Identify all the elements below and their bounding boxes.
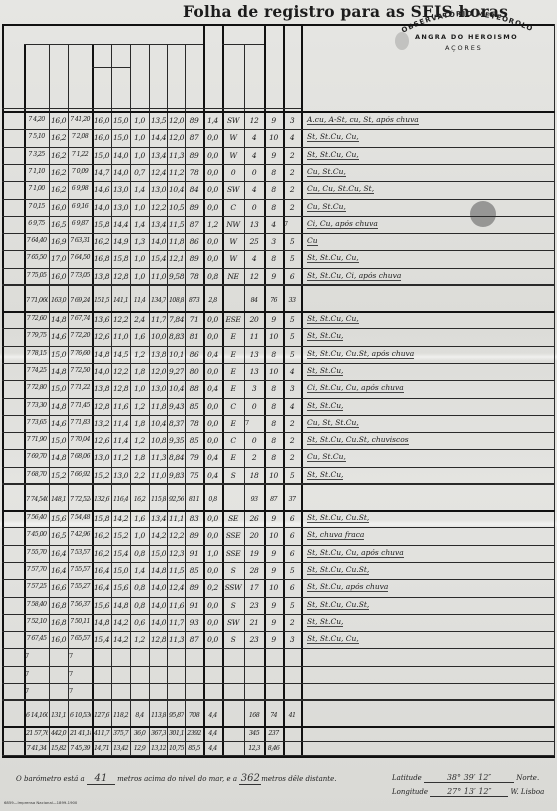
remark-text: Cu, St.Cu, bbox=[307, 202, 346, 212]
table-cell: 91 bbox=[186, 549, 202, 558]
rule-line bbox=[2, 631, 555, 632]
rule-line bbox=[2, 129, 555, 130]
cell-value: 127,6 bbox=[93, 712, 110, 719]
table-cell: 21 41,180 bbox=[69, 730, 91, 737]
cell-value: 41 bbox=[288, 712, 297, 719]
table-cell: 108,8 bbox=[168, 297, 184, 304]
cell-value: 8 bbox=[270, 436, 276, 445]
table-cell: 15,0 bbox=[112, 133, 129, 142]
table-cell: 7 bbox=[69, 670, 91, 678]
rule-line bbox=[2, 726, 555, 728]
cell-value: 19 bbox=[249, 549, 260, 558]
table-cell: 367,3 bbox=[150, 730, 166, 737]
cell-value: 5 bbox=[289, 566, 295, 575]
cell-value: 14,8 bbox=[50, 367, 67, 376]
barometer-altitude: 41 bbox=[87, 773, 115, 785]
cell-value: 367,3 bbox=[150, 730, 166, 737]
cell-value: E bbox=[229, 332, 236, 341]
table-cell: 0,0 bbox=[204, 635, 221, 644]
cell-value: 7 4,20 bbox=[27, 116, 45, 123]
table-cell: SW bbox=[223, 185, 243, 194]
rule-line bbox=[2, 284, 555, 285]
column-rule bbox=[301, 24, 303, 756]
cell-value: 86 bbox=[189, 237, 200, 246]
cell-value: 85 bbox=[189, 402, 200, 411]
table-cell: 14,0 bbox=[150, 237, 166, 246]
cell-value: 10,0 bbox=[150, 332, 166, 341]
table-cell: 14,2 bbox=[150, 531, 166, 540]
remark-text: St, St.Cu, bbox=[307, 366, 343, 376]
table-cell: 7 55,57 bbox=[69, 566, 91, 573]
cell-value: 6 10,536 bbox=[69, 712, 91, 719]
table-cell: 9 bbox=[265, 566, 282, 575]
remark-text: St, St.Cu, Cu.St, chuviscos bbox=[307, 435, 409, 445]
cell-value: 14,8 bbox=[50, 453, 67, 462]
cell-value: S bbox=[230, 471, 237, 480]
remark-text: St, St.Cu, Cu.St, bbox=[307, 513, 369, 523]
cell-value: 7 55,70 bbox=[26, 549, 48, 556]
table-cell: 8 bbox=[265, 402, 282, 411]
cell-value: E bbox=[229, 384, 236, 393]
cell-value: 0,0 bbox=[206, 185, 219, 194]
table-cell: 0,0 bbox=[204, 168, 221, 177]
column-rule bbox=[2, 24, 4, 756]
cell-value: 13,5 bbox=[150, 116, 166, 125]
table-cell: 7 1,10 bbox=[25, 168, 48, 175]
table-cell: 1,2 bbox=[131, 350, 148, 359]
table-cell: 7 bbox=[284, 220, 300, 228]
cell-value: 6 9,87 bbox=[71, 220, 89, 227]
table-cell: 0 bbox=[245, 402, 263, 411]
barometer-text-3: metros dêle distante. bbox=[261, 775, 336, 783]
sky-remark: Cu, St.Cu, bbox=[307, 202, 346, 211]
table-cell: 7 65,57 bbox=[69, 635, 91, 642]
remark-text: Cu, Cu, St.Cu, St, bbox=[307, 184, 374, 194]
table-cell: 10 bbox=[265, 332, 282, 341]
rule-line bbox=[2, 467, 555, 468]
cell-value: 0 bbox=[230, 168, 236, 177]
table-cell: 1,6 bbox=[131, 514, 148, 523]
cell-value: 11,24 bbox=[168, 168, 184, 177]
cell-value: 3 bbox=[251, 384, 257, 393]
table-cell: 16,2 bbox=[93, 549, 110, 558]
cell-value: 37 bbox=[288, 496, 297, 503]
cell-value: 16,0 bbox=[50, 203, 67, 212]
cell-value: 14,0 bbox=[150, 618, 166, 627]
table-cell: 2 bbox=[284, 618, 300, 627]
rule-line bbox=[2, 527, 555, 528]
cell-value: 20 bbox=[249, 531, 260, 540]
table-cell: 0,4 bbox=[204, 471, 221, 480]
cell-value: 10 bbox=[268, 583, 279, 592]
cell-value: 15,0 bbox=[112, 116, 129, 125]
table-cell: 6 9,87 bbox=[69, 220, 91, 227]
cell-value: 2 bbox=[289, 436, 295, 445]
table-cell: 11,4 bbox=[131, 297, 148, 304]
cell-value: 12,2 bbox=[150, 203, 166, 212]
cell-value: 11,34 bbox=[168, 635, 184, 644]
cell-value: 9,83 bbox=[168, 471, 184, 480]
cell-value: 1,0 bbox=[133, 531, 146, 540]
table-cell: 7 2,08 bbox=[69, 133, 91, 140]
table-cell: 16,2 bbox=[50, 168, 67, 177]
table-cell: 13,0 bbox=[112, 203, 129, 212]
cell-value: 442,0 bbox=[50, 730, 67, 737]
table-cell: 8 bbox=[265, 453, 282, 462]
cell-value: 16,5 bbox=[50, 220, 67, 229]
table-cell: 1,2 bbox=[131, 402, 148, 411]
table-cell: 0,0 bbox=[204, 237, 221, 246]
latitude-suffix: Norte. bbox=[516, 774, 539, 782]
cell-value: 8 bbox=[270, 254, 276, 263]
cell-value: 17,0 bbox=[50, 254, 67, 263]
cell-value: 5 bbox=[289, 350, 295, 359]
table-cell: 7 55,70 bbox=[25, 549, 48, 556]
cell-value: 7 75,05 bbox=[26, 272, 48, 279]
table-cell: 4 bbox=[265, 220, 282, 229]
cell-value: 10 bbox=[268, 531, 279, 540]
remark-text: St, St.Cu, Cu.St, bbox=[307, 600, 369, 610]
table-cell: 3 bbox=[284, 116, 300, 125]
longitude-suffix: W. Lisboa bbox=[511, 788, 545, 796]
table-cell: 89 bbox=[186, 531, 202, 540]
remark-text: St, chuva fraca bbox=[307, 530, 364, 540]
table-cell: 163,0 bbox=[50, 297, 67, 304]
table-cell: 16,0 bbox=[93, 116, 110, 125]
table-cell: 10,4 bbox=[150, 419, 166, 428]
cell-value: 0,4 bbox=[206, 471, 219, 480]
table-cell: 6 bbox=[284, 531, 300, 540]
cell-value: 8 bbox=[270, 402, 276, 411]
cell-value: 16,8 bbox=[93, 254, 110, 263]
table-cell: 1,2 bbox=[131, 635, 148, 644]
table-cell: 4 bbox=[245, 151, 263, 160]
table-cell: 7 76,60 bbox=[69, 350, 91, 357]
table-cell: 28 bbox=[245, 566, 263, 575]
cell-value: 7 bbox=[69, 652, 73, 660]
table-cell: 16,2 bbox=[131, 496, 148, 503]
cell-value: 345 bbox=[248, 730, 260, 737]
table-cell: 2 bbox=[284, 185, 300, 194]
cell-value: 8 bbox=[270, 185, 276, 194]
cell-value: 11,63 bbox=[168, 601, 184, 610]
table-cell: 1,0 bbox=[131, 203, 148, 212]
cell-value: 8 bbox=[270, 350, 276, 359]
cell-value: 6 9,16 bbox=[71, 203, 89, 210]
cell-value: 4,4 bbox=[207, 712, 217, 719]
cell-value: C bbox=[229, 436, 236, 445]
cell-value: 12,13 bbox=[168, 254, 184, 263]
table-cell: 41 bbox=[284, 712, 300, 719]
table-cell: 15,4 bbox=[93, 635, 110, 644]
cell-value: 89 bbox=[189, 151, 200, 160]
table-cell: 15,6 bbox=[112, 583, 129, 592]
cell-value: 237 bbox=[267, 730, 279, 737]
latitude-label: Latitude bbox=[392, 774, 422, 782]
cell-value: 7 1,10 bbox=[27, 168, 45, 175]
cell-value: 15,8 bbox=[93, 220, 110, 229]
cell-value: 7 42,96 bbox=[69, 531, 91, 538]
cell-value: 15,2 bbox=[112, 531, 129, 540]
table-cell: 7 bbox=[25, 687, 48, 695]
table-cell: 9 bbox=[265, 514, 282, 523]
cell-value: 10,4 bbox=[150, 419, 166, 428]
cell-value: 0,4 bbox=[206, 453, 219, 462]
table-cell: 10,41 bbox=[168, 384, 184, 393]
table-cell: 116,4 bbox=[112, 496, 129, 503]
rule-line bbox=[2, 415, 555, 416]
table-cell: 7 58,40 bbox=[25, 601, 48, 608]
cell-value: 811 bbox=[188, 496, 200, 503]
cell-value: 10 bbox=[268, 332, 279, 341]
table-cell: SSW bbox=[223, 583, 243, 592]
table-cell: 8 bbox=[265, 350, 282, 359]
table-cell: 131,1 bbox=[50, 712, 67, 719]
table-cell: 115,8 bbox=[150, 496, 166, 503]
cell-value: 7 bbox=[25, 670, 29, 678]
table-cell: 85 bbox=[186, 402, 202, 411]
table-cell: 7 68,06 bbox=[69, 453, 91, 460]
cell-value: 13,4 bbox=[150, 151, 166, 160]
table-cell: E bbox=[223, 332, 243, 341]
table-cell: 148,1 bbox=[50, 496, 67, 503]
table-cell: 21 57,760 bbox=[25, 730, 48, 737]
rule-line bbox=[2, 449, 555, 450]
sky-remark: St, St.Cu, Cu, bbox=[307, 132, 359, 141]
table-cell: C bbox=[223, 436, 243, 445]
remark-text: St, St.Cu, bbox=[307, 401, 343, 411]
table-cell: 13 bbox=[245, 367, 263, 376]
sky-remark: St, St.Cu, bbox=[307, 366, 343, 375]
table-cell: 0,0 bbox=[204, 315, 221, 324]
table-cell: 7 71,90 bbox=[25, 436, 48, 443]
table-cell: 12,8 bbox=[150, 635, 166, 644]
table-cell: 26 bbox=[245, 514, 263, 523]
cell-value: 168 bbox=[248, 712, 260, 719]
table-cell: 7 72,20 bbox=[69, 332, 91, 339]
table-cell: 9,83 bbox=[168, 471, 184, 480]
cell-value: 9 bbox=[270, 514, 276, 523]
table-cell: 93 bbox=[186, 618, 202, 627]
table-cell: 6 bbox=[284, 514, 300, 523]
cell-value: 21 41,180 bbox=[69, 730, 91, 737]
table-cell: 23 bbox=[245, 635, 263, 644]
cell-value: 14,4 bbox=[150, 133, 166, 142]
cell-value: 12,2 bbox=[112, 315, 129, 324]
table-cell: 83 bbox=[186, 514, 202, 523]
cell-value: E bbox=[229, 453, 236, 462]
cell-value: 16,8 bbox=[50, 618, 67, 627]
cell-value: 10,15 bbox=[168, 350, 184, 359]
cell-value: 14,0 bbox=[150, 237, 166, 246]
table-cell: 7 45,00 bbox=[25, 531, 48, 538]
sky-remark: St, St.Cu, Cu.St, bbox=[307, 513, 369, 522]
rule-line bbox=[222, 44, 264, 45]
table-cell: 10 bbox=[265, 133, 282, 142]
cell-value: 7 64,50 bbox=[69, 254, 91, 261]
table-cell: 11 bbox=[245, 332, 263, 341]
table-cell: 0,0 bbox=[204, 332, 221, 341]
cell-value: 87 bbox=[189, 220, 200, 229]
cell-value: 15,0 bbox=[93, 151, 110, 160]
table-cell: 0,0 bbox=[204, 419, 221, 428]
rule-line bbox=[2, 755, 555, 756]
cell-value: 92,56 bbox=[168, 496, 184, 503]
cell-value: 7 73,05 bbox=[69, 272, 91, 279]
table-cell: 442,0 bbox=[50, 730, 67, 737]
table-cell: 6 bbox=[284, 583, 300, 592]
table-cell: ESE bbox=[223, 315, 243, 324]
cell-value: 91 bbox=[189, 601, 200, 610]
barometer-text-2: metros acima do nivel do mar, e a bbox=[117, 775, 237, 783]
cell-value: 15,8 bbox=[112, 254, 129, 263]
cell-value: 12,2 bbox=[112, 367, 129, 376]
table-cell: 10 bbox=[265, 367, 282, 376]
cell-value: 0 bbox=[251, 168, 257, 177]
sky-remark: Ci, Cu, após chuva bbox=[307, 219, 378, 228]
cell-value: 2,4 bbox=[133, 315, 146, 324]
cell-value: 13 bbox=[249, 220, 260, 229]
cell-value: 16,4 bbox=[93, 583, 110, 592]
cell-value: 6 bbox=[289, 514, 295, 523]
table-cell: 15,8 bbox=[93, 220, 110, 229]
cell-value: 1,0 bbox=[133, 116, 146, 125]
cell-value: 91 bbox=[189, 549, 200, 558]
table-cell: 0,0 bbox=[204, 402, 221, 411]
table-cell: 14,71 bbox=[93, 745, 110, 752]
table-cell: 12,3 bbox=[245, 745, 263, 752]
cell-value: 74 bbox=[269, 712, 278, 719]
table-cell: 78 bbox=[186, 168, 202, 177]
rule-line bbox=[2, 108, 301, 109]
table-cell: 10 bbox=[265, 531, 282, 540]
cell-value: 12,8 bbox=[150, 635, 166, 644]
cell-value: 7 79,75 bbox=[26, 332, 48, 339]
cell-value: 7 69,70 bbox=[26, 453, 48, 460]
cell-value: 9,27 bbox=[168, 367, 184, 376]
remark-text: St, St.Cu, Cu, bbox=[307, 150, 359, 160]
table-cell: 5 bbox=[284, 350, 300, 359]
table-cell: 6 bbox=[284, 549, 300, 558]
cell-value: 0,6 bbox=[133, 618, 146, 627]
table-cell: 0,0 bbox=[204, 601, 221, 610]
remark-text: St, St.Cu, bbox=[307, 617, 343, 627]
mes-value bbox=[12, 48, 22, 96]
table-cell: 16,9 bbox=[50, 237, 67, 246]
table-cell: 7 45,39 bbox=[69, 745, 91, 752]
table-cell: 7 73,30 bbox=[25, 402, 48, 409]
cell-value: 15,8 bbox=[93, 514, 110, 523]
register-sheet: Folha de registro para as SEIS horas OBS… bbox=[0, 0, 557, 811]
table-cell: 11,4 bbox=[112, 436, 129, 445]
cell-value: 87 bbox=[269, 496, 278, 503]
cell-value: 78 bbox=[189, 168, 200, 177]
cell-value: 16,2 bbox=[93, 531, 110, 540]
table-cell: 75 bbox=[186, 471, 202, 480]
table-cell: 0,8 bbox=[131, 583, 148, 592]
table-cell: 0,4 bbox=[204, 350, 221, 359]
table-cell: SE bbox=[223, 514, 243, 523]
table-cell: 0,8 bbox=[131, 601, 148, 610]
cell-value: 0,8 bbox=[206, 272, 219, 281]
cell-value: 7 41,34 bbox=[26, 745, 48, 752]
cell-value: 0,4 bbox=[206, 384, 219, 393]
table-cell: 1,8 bbox=[131, 367, 148, 376]
cell-value: 33 bbox=[288, 297, 297, 304]
cell-value: 7 0,15 bbox=[27, 203, 45, 210]
rule-line bbox=[2, 545, 555, 546]
table-cell: 14,0 bbox=[93, 203, 110, 212]
table-cell: 7 72,80 bbox=[25, 384, 48, 391]
cell-value: 4 bbox=[270, 220, 276, 229]
cell-value: 7 57,25 bbox=[26, 583, 48, 590]
table-cell: 14,8 bbox=[50, 315, 67, 324]
cell-value: 8,84 bbox=[168, 453, 184, 462]
table-cell: 12,8 bbox=[112, 272, 129, 281]
table-cell: 9,35 bbox=[168, 436, 184, 445]
table-cell: 15,6 bbox=[50, 514, 67, 523]
cell-value: 141,1 bbox=[112, 297, 129, 304]
cell-value: 9 bbox=[270, 635, 276, 644]
table-cell: SW bbox=[223, 116, 243, 125]
table-cell: 1,4 bbox=[131, 566, 148, 575]
table-cell: 16,4 bbox=[93, 583, 110, 592]
cell-value: W bbox=[228, 151, 237, 160]
cell-value: 7 68,06 bbox=[69, 453, 91, 460]
cell-value: 71 bbox=[189, 315, 200, 324]
cell-value: 708 bbox=[188, 712, 200, 719]
table-cell: 141,1 bbox=[112, 297, 129, 304]
table-cell: 16,0 bbox=[50, 203, 67, 212]
table-cell: 15,8 bbox=[93, 514, 110, 523]
cell-value: 411,7 bbox=[93, 730, 110, 737]
table-cell: 2 bbox=[284, 168, 300, 177]
cell-value: 0,0 bbox=[206, 531, 219, 540]
remark-text: Cu, St, St.Cu, bbox=[307, 418, 359, 428]
cell-value: 7 66,92 bbox=[69, 471, 91, 478]
cell-value: 12,9 bbox=[133, 745, 147, 752]
table-cell: 6 9,75 bbox=[25, 220, 48, 227]
table-cell: 12 bbox=[245, 116, 263, 125]
table-cell: 0,8 bbox=[204, 272, 221, 281]
table-cell: 6 14,160 bbox=[25, 712, 48, 719]
table-cell: 11,8 bbox=[150, 402, 166, 411]
table-cell: 1,4 bbox=[131, 185, 148, 194]
table-cell: 15,8 bbox=[112, 254, 129, 263]
cell-value: 4 bbox=[251, 133, 257, 142]
cell-value: 7 71,45 bbox=[69, 402, 91, 409]
cell-value: 7 57,70 bbox=[26, 566, 48, 573]
table-cell: 7 53,57 bbox=[69, 549, 91, 556]
sky-remark: Cu bbox=[307, 236, 318, 245]
cell-value: 0,2 bbox=[206, 583, 219, 592]
rule-line bbox=[2, 597, 555, 598]
table-cell: 89 bbox=[186, 151, 202, 160]
remark-text: Ci, St.Cu, Cu, após chuva bbox=[307, 383, 404, 393]
cell-value: 1,3 bbox=[133, 237, 146, 246]
table-cell: 11,7 bbox=[150, 315, 166, 324]
cell-value: 17 bbox=[249, 583, 260, 592]
rule-line bbox=[2, 683, 555, 684]
cell-value: 14,2 bbox=[112, 514, 129, 523]
table-cell: 7 41,20 bbox=[69, 116, 91, 123]
table-cell: 12,4 bbox=[150, 168, 166, 177]
cell-value: 7 67,74 bbox=[69, 315, 91, 322]
cell-value: 16,2 bbox=[93, 237, 110, 246]
cell-value: 8 bbox=[270, 384, 276, 393]
table-cell: 16,0 bbox=[50, 635, 67, 644]
cell-value: 6 bbox=[289, 531, 295, 540]
